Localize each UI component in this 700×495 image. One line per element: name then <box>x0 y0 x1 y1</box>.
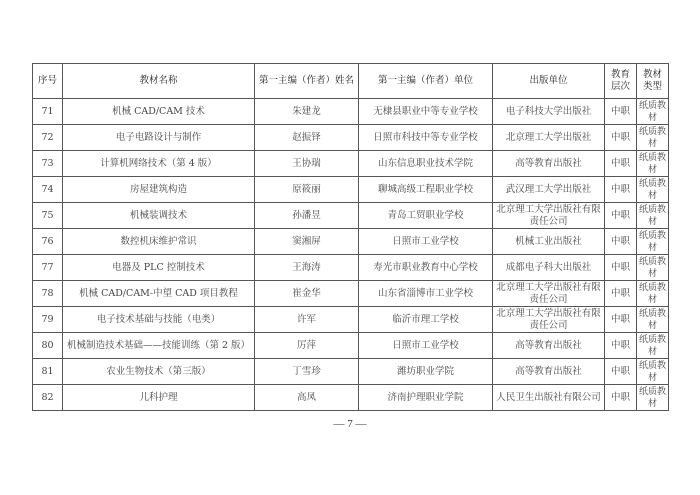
cell-level: 中职 <box>605 229 637 255</box>
cell-title: 机械 CAD/CAM-中望 CAD 项目教程 <box>63 281 255 307</box>
cell-type: 纸质教材 <box>637 359 669 385</box>
cell-author: 厉萍 <box>255 333 359 359</box>
cell-type: 纸质教材 <box>637 151 669 177</box>
cell-publisher: 北京理工大学出版社 <box>493 125 605 151</box>
cell-type: 纸质教材 <box>637 203 669 229</box>
cell-author: 赵振铎 <box>255 125 359 151</box>
cell-publisher: 人民卫生出版社有限公司 <box>493 385 605 411</box>
table-row: 81农业生物技术（第三版）丁雪珍潍坊职业学院高等教育出版社中职纸质教材 <box>33 359 669 385</box>
table-row: 77电器及 PLC 控制技术王海涛寿光市职业教育中心学校成都电子科大出版社中职纸… <box>33 255 669 281</box>
cell-type: 纸质教材 <box>637 281 669 307</box>
table-header-row: 序号 教材名称 第一主编（作者）姓名 第一主编（作者）单位 出版单位 教育层次 … <box>33 64 669 99</box>
cell-author: 孙潘昱 <box>255 203 359 229</box>
cell-publisher: 武汉理工大学出版社 <box>493 177 605 203</box>
cell-level: 中职 <box>605 203 637 229</box>
cell-no: 78 <box>33 281 63 307</box>
header-publisher: 出版单位 <box>493 64 605 99</box>
cell-title: 农业生物技术（第三版） <box>63 359 255 385</box>
cell-publisher: 高等教育出版社 <box>493 359 605 385</box>
cell-unit: 日照市工业学校 <box>359 229 493 255</box>
cell-author: 王协瑞 <box>255 151 359 177</box>
cell-no: 82 <box>33 385 63 411</box>
cell-author: 丁雪珍 <box>255 359 359 385</box>
cell-publisher: 北京理工大学出版社有限责任公司 <box>493 281 605 307</box>
cell-unit: 聊城高级工程职业学校 <box>359 177 493 203</box>
cell-author: 王海涛 <box>255 255 359 281</box>
cell-publisher: 成都电子科大出版社 <box>493 255 605 281</box>
cell-no: 79 <box>33 307 63 333</box>
cell-title: 机械装调技术 <box>63 203 255 229</box>
cell-level: 中职 <box>605 255 637 281</box>
cell-unit: 山东信息职业技术学院 <box>359 151 493 177</box>
page-number: — 7 — <box>0 418 700 430</box>
table-row: 76数控机床维护常识窦湘屏日照市工业学校机械工业出版社中职纸质教材 <box>33 229 669 255</box>
cell-level: 中职 <box>605 281 637 307</box>
cell-author: 原筱丽 <box>255 177 359 203</box>
cell-title: 机械制造技术基础——技能训练（第 2 版） <box>63 333 255 359</box>
cell-no: 77 <box>33 255 63 281</box>
cell-no: 72 <box>33 125 63 151</box>
cell-no: 74 <box>33 177 63 203</box>
cell-level: 中职 <box>605 385 637 411</box>
table-row: 78机械 CAD/CAM-中望 CAD 项目教程崔金华山东省淄博市工业学校北京理… <box>33 281 669 307</box>
cell-type: 纸质教材 <box>637 385 669 411</box>
header-author: 第一主编（作者）姓名 <box>255 64 359 99</box>
cell-publisher: 北京理工大学出版社有限责任公司 <box>493 203 605 229</box>
cell-author: 高凤 <box>255 385 359 411</box>
table-row: 80机械制造技术基础——技能训练（第 2 版）厉萍日照市工业学校高等教育出版社中… <box>33 333 669 359</box>
cell-level: 中职 <box>605 151 637 177</box>
cell-type: 纸质教材 <box>637 99 669 125</box>
cell-type: 纸质教材 <box>637 125 669 151</box>
cell-author: 朱建龙 <box>255 99 359 125</box>
cell-level: 中职 <box>605 99 637 125</box>
header-title: 教材名称 <box>63 64 255 99</box>
cell-unit: 临沂市理工学校 <box>359 307 493 333</box>
cell-no: 71 <box>33 99 63 125</box>
cell-no: 80 <box>33 333 63 359</box>
cell-unit: 山东省淄博市工业学校 <box>359 281 493 307</box>
cell-title: 儿科护理 <box>63 385 255 411</box>
cell-type: 纸质教材 <box>637 255 669 281</box>
cell-title: 电子电路设计与制作 <box>63 125 255 151</box>
header-level: 教育层次 <box>605 64 637 99</box>
cell-level: 中职 <box>605 125 637 151</box>
cell-author: 许军 <box>255 307 359 333</box>
cell-author: 崔金华 <box>255 281 359 307</box>
cell-publisher: 高等教育出版社 <box>493 151 605 177</box>
cell-level: 中职 <box>605 333 637 359</box>
cell-type: 纸质教材 <box>637 333 669 359</box>
cell-unit: 潍坊职业学院 <box>359 359 493 385</box>
cell-no: 73 <box>33 151 63 177</box>
cell-level: 中职 <box>605 177 637 203</box>
cell-no: 81 <box>33 359 63 385</box>
textbook-table: 序号 教材名称 第一主编（作者）姓名 第一主编（作者）单位 出版单位 教育层次 … <box>32 63 669 411</box>
table-row: 72电子电路设计与制作赵振铎日照市科技中等专业学校北京理工大学出版社中职纸质教材 <box>33 125 669 151</box>
cell-level: 中职 <box>605 359 637 385</box>
cell-publisher: 高等教育出版社 <box>493 333 605 359</box>
cell-publisher: 北京理工大学出版社有限责任公司 <box>493 307 605 333</box>
table-row: 75机械装调技术孙潘昱青岛工贸职业学校北京理工大学出版社有限责任公司中职纸质教材 <box>33 203 669 229</box>
cell-title: 电子技术基础与技能（电类） <box>63 307 255 333</box>
table-row: 79电子技术基础与技能（电类）许军临沂市理工学校北京理工大学出版社有限责任公司中… <box>33 307 669 333</box>
cell-unit: 日照市工业学校 <box>359 333 493 359</box>
table-row: 71机械 CAD/CAM 技术朱建龙无棣县职业中等专业学校电子科技大学出版社中职… <box>33 99 669 125</box>
cell-title: 机械 CAD/CAM 技术 <box>63 99 255 125</box>
cell-unit: 日照市科技中等专业学校 <box>359 125 493 151</box>
cell-publisher: 电子科技大学出版社 <box>493 99 605 125</box>
cell-title: 电器及 PLC 控制技术 <box>63 255 255 281</box>
cell-level: 中职 <box>605 307 637 333</box>
cell-title: 计算机网络技术（第 4 版） <box>63 151 255 177</box>
cell-unit: 无棣县职业中等专业学校 <box>359 99 493 125</box>
cell-title: 数控机床维护常识 <box>63 229 255 255</box>
cell-no: 75 <box>33 203 63 229</box>
table-row: 74房屋建筑构造原筱丽聊城高级工程职业学校武汉理工大学出版社中职纸质教材 <box>33 177 669 203</box>
cell-unit: 寿光市职业教育中心学校 <box>359 255 493 281</box>
cell-unit: 济南护理职业学院 <box>359 385 493 411</box>
cell-unit: 青岛工贸职业学校 <box>359 203 493 229</box>
cell-author: 窦湘屏 <box>255 229 359 255</box>
header-type: 教材类型 <box>637 64 669 99</box>
cell-type: 纸质教材 <box>637 177 669 203</box>
cell-title: 房屋建筑构造 <box>63 177 255 203</box>
cell-no: 76 <box>33 229 63 255</box>
table-row: 82儿科护理高凤济南护理职业学院人民卫生出版社有限公司中职纸质教材 <box>33 385 669 411</box>
header-unit: 第一主编（作者）单位 <box>359 64 493 99</box>
cell-type: 纸质教材 <box>637 307 669 333</box>
cell-publisher: 机械工业出版社 <box>493 229 605 255</box>
header-no: 序号 <box>33 64 63 99</box>
cell-type: 纸质教材 <box>637 229 669 255</box>
table-row: 73计算机网络技术（第 4 版）王协瑞山东信息职业技术学院高等教育出版社中职纸质… <box>33 151 669 177</box>
